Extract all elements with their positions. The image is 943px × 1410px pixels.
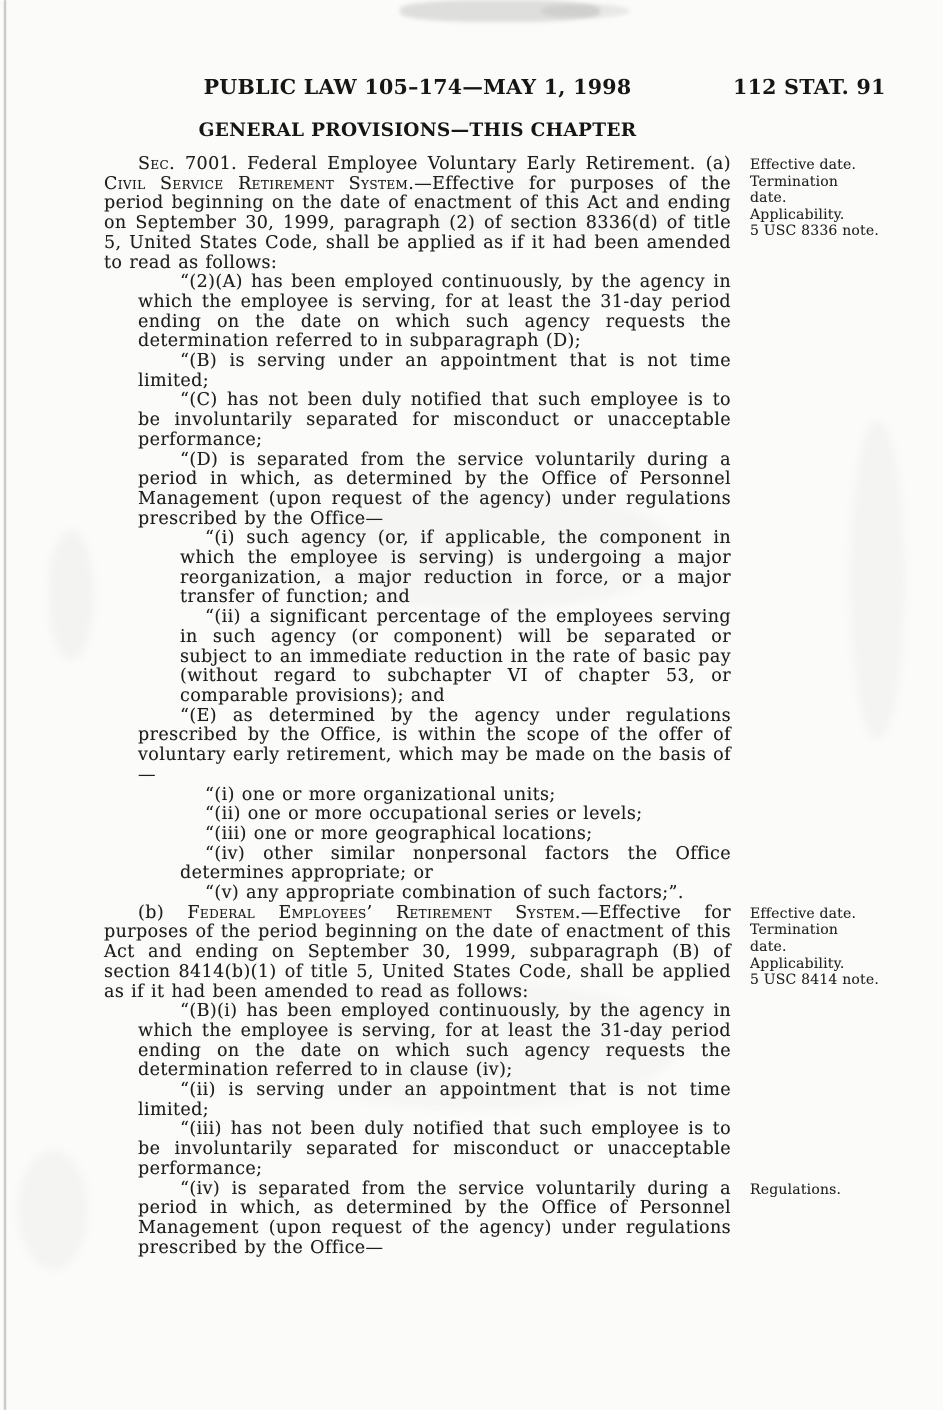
margin-notes: Effective date.Terminationdate.Applicabi… bbox=[750, 0, 940, 1410]
margin-note-line: Termination bbox=[750, 174, 879, 191]
margin-note-line: date. bbox=[750, 939, 879, 956]
body-text: Sec. 7001. Federal Employee Voluntary Ea… bbox=[104, 155, 731, 1258]
text-run: “(B)(i) has been employed continuously, … bbox=[138, 1001, 731, 1080]
paragraph: “(2)(A) has been employed continuously, … bbox=[138, 273, 731, 352]
text-run: “(iv) other similar nonpersonal factors … bbox=[180, 844, 731, 884]
page-header: PUBLIC LAW 105–174—MAY 1, 1998 112 STAT.… bbox=[104, 76, 731, 98]
paragraph: “(E) as determined by the agency under r… bbox=[138, 707, 731, 786]
paragraph: “(iv) is separated from the service volu… bbox=[138, 1180, 731, 1259]
scan-edge-left bbox=[4, 0, 6, 1410]
law-title: PUBLIC LAW 105–174—MAY 1, 1998 bbox=[204, 75, 632, 99]
text-run: “(iii) one or more geographical location… bbox=[205, 824, 593, 844]
text-run: “(2)(A) has been employed continuously, … bbox=[138, 272, 731, 351]
text-run: “(D) is separated from the service volun… bbox=[138, 450, 731, 529]
margin-note-line: Regulations. bbox=[750, 1182, 841, 1199]
scan-smudge bbox=[400, 0, 600, 22]
paragraph: “(ii) one or more occupational series or… bbox=[180, 805, 731, 825]
margin-note: Regulations. bbox=[750, 1182, 841, 1199]
margin-note-line: Applicability. bbox=[750, 207, 879, 224]
paragraph: “(i) such agency (or, if applicable, the… bbox=[180, 529, 731, 608]
paragraph: “(B)(i) has been employed continuously, … bbox=[138, 1002, 731, 1081]
text-run: “(C) has not been duly notified that suc… bbox=[138, 390, 731, 449]
text-run: “(E) as determined by the agency under r… bbox=[138, 706, 731, 785]
text-run: “(B) is serving under an appointment tha… bbox=[138, 351, 731, 391]
margin-note-line: Effective date. bbox=[750, 157, 879, 174]
paragraph: “(D) is separated from the service volun… bbox=[138, 451, 731, 530]
scan-smudge bbox=[18, 1150, 88, 1270]
margin-note: Effective date.Terminationdate.Applicabi… bbox=[750, 157, 879, 240]
text-run: “(ii) is serving under an appointment th… bbox=[138, 1080, 731, 1120]
paragraph: “(v) any appropriate combination of such… bbox=[180, 884, 731, 904]
paragraph: “(C) has not been duly notified that suc… bbox=[138, 391, 731, 450]
text-run: “(i) such agency (or, if applicable, the… bbox=[180, 528, 731, 607]
paragraph: “(ii) a significant percentage of the em… bbox=[180, 608, 731, 707]
paragraph: “(iii) has not been duly notified that s… bbox=[138, 1120, 731, 1179]
margin-note-line: 5 USC 8414 note. bbox=[750, 972, 879, 989]
scan-smudge bbox=[540, 4, 630, 18]
margin-note-line: Effective date. bbox=[750, 906, 879, 923]
margin-note: Effective date.Terminationdate.Applicabi… bbox=[750, 906, 879, 989]
text-column: PUBLIC LAW 105–174—MAY 1, 1998 112 STAT.… bbox=[104, 76, 731, 1258]
paragraph: “(B) is serving under an appointment tha… bbox=[138, 352, 731, 391]
text-run: (b) bbox=[138, 903, 187, 923]
text-run: “(i) one or more organizational units; bbox=[205, 785, 556, 805]
margin-note-line: 5 USC 8336 note. bbox=[750, 223, 879, 240]
text-run: “(iv) is separated from the service volu… bbox=[138, 1179, 731, 1258]
paragraph: “(i) one or more organizational units; bbox=[180, 786, 731, 806]
margin-note-line: date. bbox=[750, 190, 879, 207]
chapter-heading: GENERAL PROVISIONS—THIS CHAPTER bbox=[104, 120, 731, 142]
small-caps-run: Federal Employees’ Retirement System.— bbox=[187, 903, 598, 923]
paragraph: (b) Federal Employees’ Retirement System… bbox=[104, 904, 731, 1003]
document-page: PUBLIC LAW 105–174—MAY 1, 1998 112 STAT.… bbox=[0, 0, 943, 1410]
paragraph: “(iii) one or more geographical location… bbox=[180, 825, 731, 845]
scan-smudge bbox=[48, 530, 94, 660]
paragraph: Sec. 7001. Federal Employee Voluntary Ea… bbox=[104, 155, 731, 273]
margin-note-line: Applicability. bbox=[750, 956, 879, 973]
paragraph: “(iv) other similar nonpersonal factors … bbox=[180, 845, 731, 884]
margin-note-line: Termination bbox=[750, 922, 879, 939]
text-run: Federal Employee Voluntary Early Retirem… bbox=[247, 154, 731, 174]
text-run: “(v) any appropriate combination of such… bbox=[205, 883, 684, 903]
text-run: “(ii) one or more occupational series or… bbox=[205, 804, 643, 824]
small-caps-run: Sec. 7001. bbox=[138, 154, 247, 174]
text-run: “(iii) has not been duly notified that s… bbox=[138, 1119, 731, 1178]
paragraph: “(ii) is serving under an appointment th… bbox=[138, 1081, 731, 1120]
text-run: “(ii) a significant percentage of the em… bbox=[180, 607, 731, 706]
small-caps-run: Civil Service Retirement System.— bbox=[104, 174, 432, 194]
